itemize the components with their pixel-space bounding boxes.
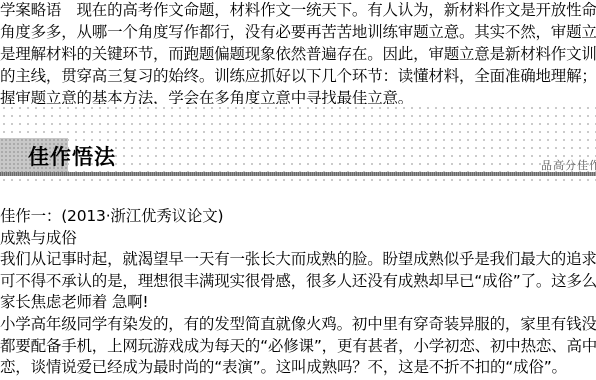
essay-title: 成熟与成俗 — [0, 227, 596, 249]
essay-source: 佳作一：(2013·浙江优秀议论文) — [0, 205, 596, 227]
intro-line: 角度多多，从哪一个角度写作都行，没有必要再苦苦地训练审题立意。其实不然，审题立意 — [0, 21, 596, 43]
intro-line: 是理解材料的关键环节，而跑题偏题现象依然普遍存在。因此，审题立意是新材料作文训练 — [0, 43, 596, 65]
essay-line: 都要配备手机，上网玩游戏成为每天的“必修课”，更有甚者，小学初恋、初中热恋、高中… — [0, 335, 596, 357]
essay-body: 佳作一：(2013·浙江优秀议论文) 成熟与成俗 我们从记事时起，就渴望早一天有… — [0, 205, 596, 378]
intro-line: 的主线，贯穿高三复习的始终。训练应抓好以下几个环节：读懂材料，全面准确地理解；掌 — [0, 65, 596, 87]
essay-line: 可不得不承认的是，理想很丰满现实很骨感，很多人还没有成熟却早已“成俗”了。这多么… — [0, 270, 596, 292]
intro-paragraph: 学案略语 现在的高考作文命题，材料作文一统天下。有人认为，新材料作文是开放性命题… — [0, 0, 596, 109]
essay-line: 恋，谈情说爱已经成为最时尚的“表演”。这叫成熟吗？不，这是不折不扣的“成俗”。 — [0, 356, 596, 378]
intro-line: 学案略语 现在的高考作文命题，材料作文一统天下。有人认为，新材料作文是开放性命题… — [0, 0, 596, 21]
section-divider — [0, 172, 596, 176]
essay-line: 我们从记事时起，就渴望早一天有一张长大而成熟的脸。盼望成熟似乎是我们最大的追求， — [0, 248, 596, 270]
section-side-label: 品高分佳作 — [541, 157, 596, 173]
essay-line: 小学高年级同学有染发的，有的发型简直就像火鸡。初中里有穿奇装异服的，家里有钱没钱 — [0, 313, 596, 335]
section-title: 佳作悟法 — [28, 144, 116, 170]
essay-line: 家长焦虑老师着 急啊! — [0, 291, 596, 313]
